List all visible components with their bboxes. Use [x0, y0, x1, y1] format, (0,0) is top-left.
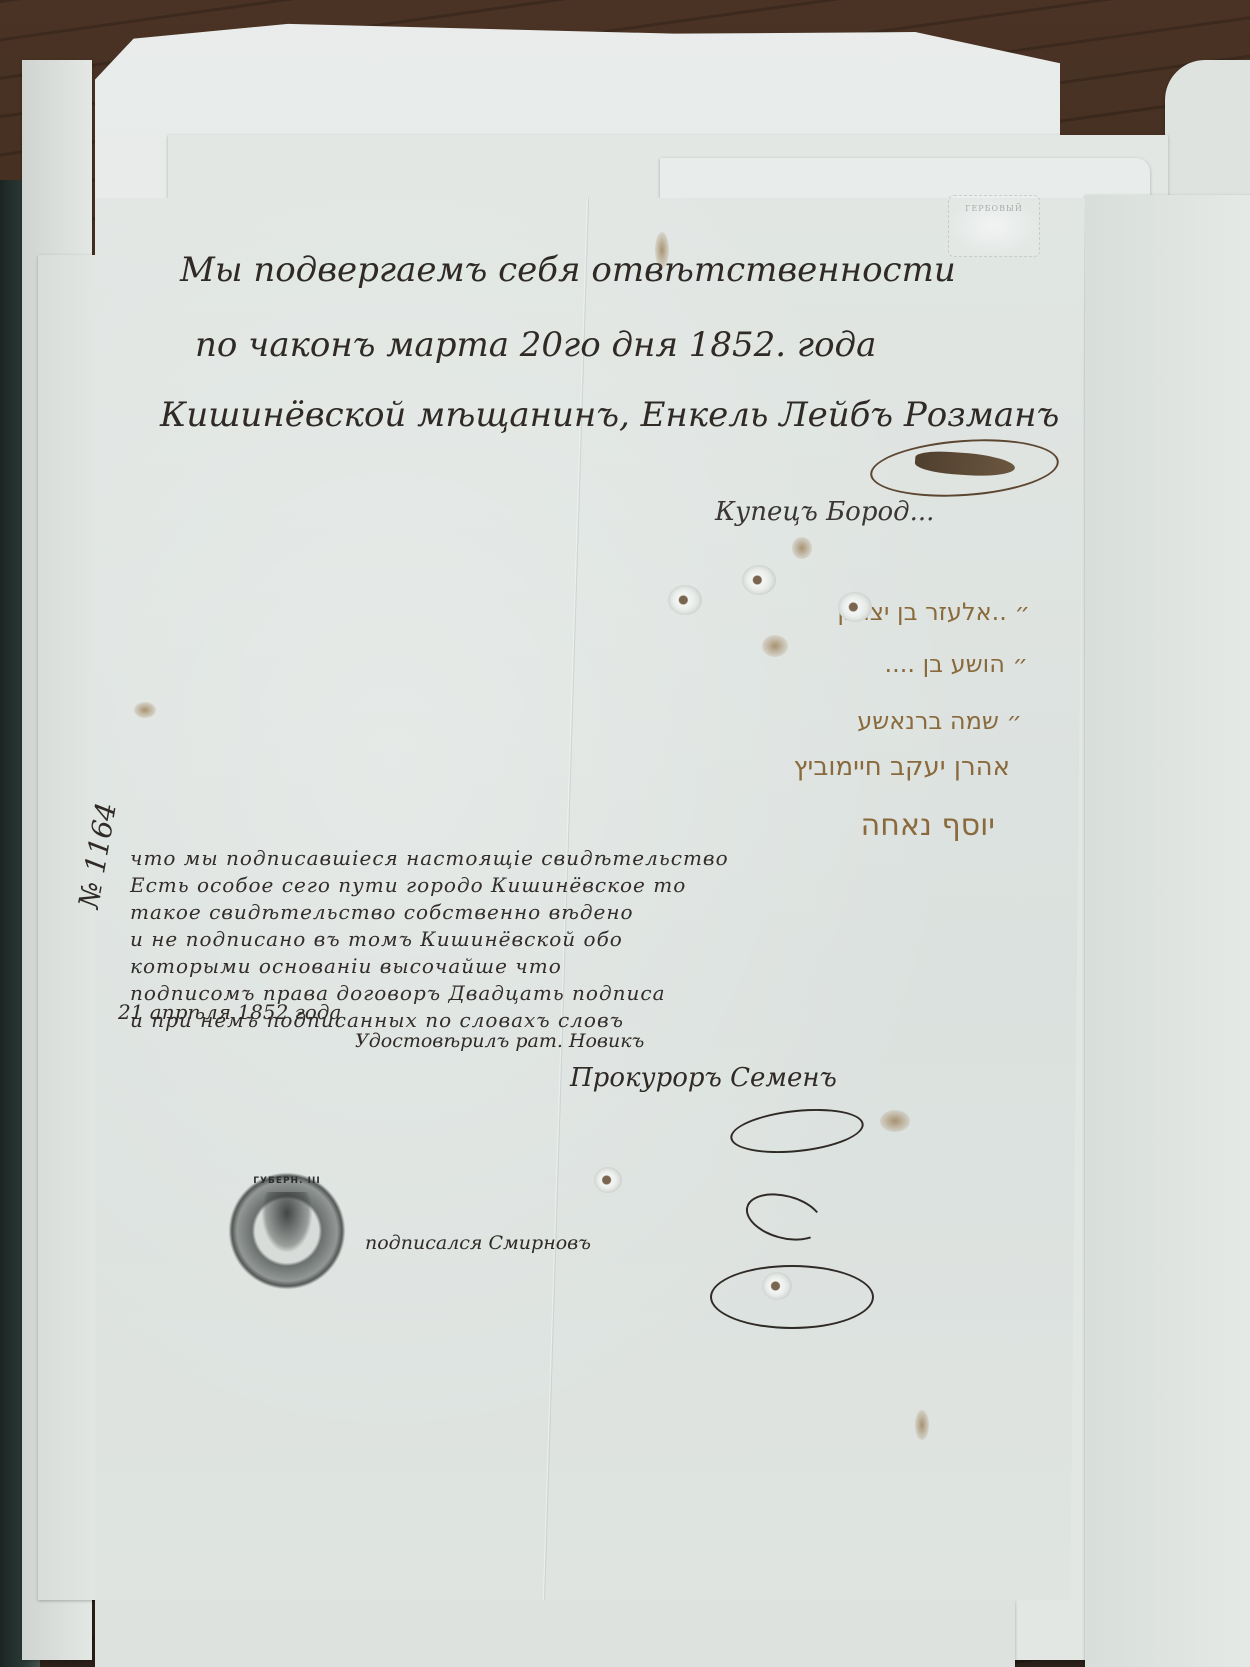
document-date: 21 апрѣля 1852 года: [118, 1000, 341, 1024]
punched-hole-icon: [668, 585, 702, 615]
body-line: Есть особое сего пути городо Кишинёвское…: [130, 872, 1040, 899]
seal-label: ГУБЕРН. III: [238, 1176, 336, 1186]
ink-stain-icon: [880, 1110, 910, 1132]
paper-sheet-right: [1085, 195, 1250, 1667]
hebrew-signature-3: ״ שמה ברנאשע: [857, 707, 1022, 735]
witness-line: подписался Смирновъ: [365, 1232, 591, 1254]
verified-line: Удостовѣрилъ рат. Новикъ: [355, 1030, 644, 1052]
paper-sheet-band: [660, 158, 1150, 198]
header-line-3: Кишинёвской мѣщанинъ, Енкель Лейбъ Розма…: [160, 395, 1059, 435]
ink-stain-icon: [792, 537, 812, 559]
body-line: такое свидѣтельство собственно вѣдено: [130, 899, 1040, 926]
body-line: что мы подписавшiеся настоящiе свидѣтель…: [130, 845, 1040, 872]
hebrew-signature-4: אהרן יעקב חיימוביץ: [794, 752, 1010, 782]
punched-hole-icon: [742, 565, 776, 595]
ink-stain-icon: [762, 635, 788, 657]
paper-stack-right-top: [1165, 60, 1250, 200]
merchant-signature: Купецъ Бород...: [715, 497, 934, 527]
paper-sheet-bottom: [95, 1600, 1015, 1667]
header-line-2: по чаконъ марта 20го дня 1852. года: [195, 325, 876, 365]
imperial-seal-icon: ГУБЕРН. III: [228, 1172, 346, 1290]
ink-stain-icon: [655, 232, 669, 268]
header-line-1: Мы подвергаемъ себя отвѣтственности: [180, 250, 956, 290]
body-line: и не подписано въ томъ Кишинёвской обо: [130, 926, 1040, 953]
hebrew-signature-5: יוסף נאחה: [861, 808, 995, 843]
official-signature: Прокуроръ Семенъ: [570, 1063, 837, 1093]
hebrew-signature-2: ״ הושע בן ....: [884, 650, 1028, 678]
punched-hole-icon: [838, 592, 872, 622]
signature-loop-icon: [710, 1265, 874, 1329]
body-line: которыми основанiи высочайше что: [130, 953, 1040, 980]
emboss-text: ГЕРБОВЫЙ: [949, 204, 1039, 213]
ink-stain-icon: [915, 1410, 929, 1440]
ink-stain-icon: [134, 702, 156, 718]
double-headed-eagle-icon: [262, 1192, 312, 1252]
punched-hole-icon: [594, 1167, 622, 1193]
embossed-stamp-icon: ГЕРБОВЫЙ: [948, 195, 1040, 257]
